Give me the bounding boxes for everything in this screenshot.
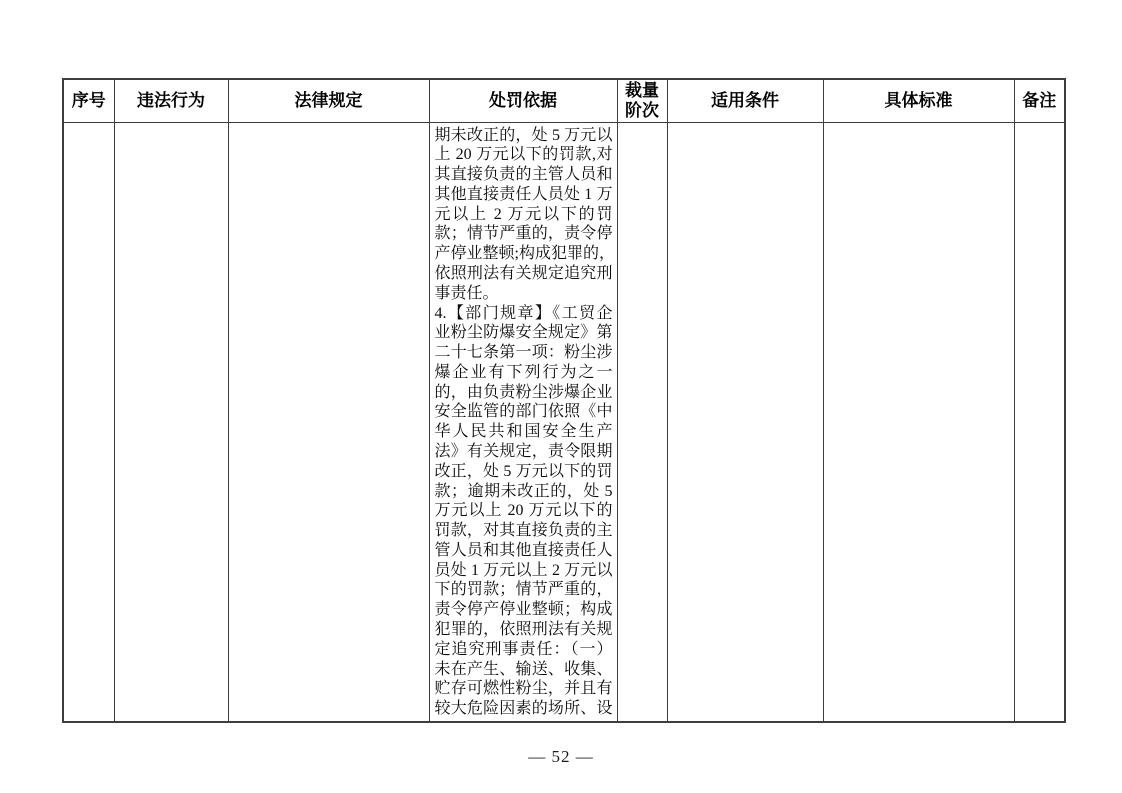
- penalty-basis-line: 安全监管的部门依照《中: [435, 402, 613, 422]
- penalty-basis-line: 其他直接责任人员处 1 万: [435, 185, 613, 205]
- header-penalty-basis: 处罚依据: [429, 79, 617, 122]
- header-remarks: 备注: [1014, 79, 1065, 122]
- penalty-basis-line: 4.【部门规章】《工贸企: [435, 304, 613, 324]
- cell-penalty-basis: 期未改正的，处 5 万元以上 20 万元以下的罚款,对其直接负责的主管人员和其他…: [429, 122, 617, 722]
- penalty-basis-line: 款；情节严重的，责令停: [435, 224, 613, 244]
- document-page: 序号 违法行为 法律规定 处罚依据 裁量阶次 适用条件 具体标准 备注 期未改正…: [0, 0, 1122, 793]
- penalty-basis-line: 万元以上 20 万元以下的: [435, 501, 613, 521]
- penalty-basis-line: 业粉尘防爆安全规定》第: [435, 323, 613, 343]
- penalty-basis-line: 二十七条第一项：粉尘涉: [435, 343, 613, 363]
- penalty-basis-line: 下的罚款；情节严重的，: [435, 580, 613, 600]
- penalty-basis-line: 管人员和其他直接责任人: [435, 541, 613, 561]
- cell-legal-provision: [228, 122, 429, 722]
- page-number: — 52 —: [0, 747, 1122, 767]
- cell-applicable-conditions: [667, 122, 823, 722]
- penalty-basis-line: 贮存可燃性粉尘，并且有: [435, 679, 613, 699]
- cell-serial-number: [63, 122, 114, 722]
- table-row: 期未改正的，处 5 万元以上 20 万元以下的罚款,对其直接负责的主管人员和其他…: [63, 122, 1065, 722]
- cell-remarks: [1014, 122, 1065, 722]
- penalty-basis-line: 爆企业有下列行为之一: [435, 363, 613, 383]
- penalty-basis-line: 未在产生、输送、收集、: [435, 660, 613, 680]
- penalty-basis-line: 事责任。: [435, 284, 613, 304]
- cell-specific-standards: [823, 122, 1014, 722]
- penalty-basis-line: 元以上 2 万元以下的罚: [435, 205, 613, 225]
- penalty-basis-line: 上 20 万元以下的罚款,对: [435, 145, 613, 165]
- penalty-basis-line: 责令停产停业整顿；构成: [435, 600, 613, 620]
- penalty-basis-line: 较大危险因素的场所、设: [435, 699, 613, 719]
- penalty-basis-line: 改正，处 5 万元以下的罚: [435, 462, 613, 482]
- penalty-basis-line: 依照刑法有关规定追究刑: [435, 264, 613, 284]
- penalty-basis-text: 期未改正的，处 5 万元以上 20 万元以下的罚款,对其直接负责的主管人员和其他…: [430, 123, 617, 720]
- penalty-basis-line: 产停业整顿;构成犯罪的，: [435, 244, 613, 264]
- penalty-basis-line: 员处 1 万元以上 2 万元以: [435, 561, 613, 581]
- cell-illegal-behavior: [114, 122, 228, 722]
- table-header-row: 序号 违法行为 法律规定 处罚依据 裁量阶次 适用条件 具体标准 备注: [63, 79, 1065, 122]
- penalty-basis-line: 犯罪的，依照刑法有关规: [435, 620, 613, 640]
- penalty-basis-line: 罚款，对其直接负责的主: [435, 521, 613, 541]
- penalty-basis-line: 其直接负责的主管人员和: [435, 165, 613, 185]
- cell-discretion-level: [617, 122, 667, 722]
- regulation-table: 序号 违法行为 法律规定 处罚依据 裁量阶次 适用条件 具体标准 备注 期未改正…: [62, 78, 1066, 723]
- penalty-basis-line: 款；逾期未改正的，处 5: [435, 482, 613, 502]
- header-serial-number: 序号: [63, 79, 114, 122]
- penalty-basis-line: 的，由负责粉尘涉爆企业: [435, 383, 613, 403]
- penalty-basis-line: 期未改正的，处 5 万元以: [435, 126, 613, 146]
- header-legal-provision: 法律规定: [228, 79, 429, 122]
- header-specific-standards: 具体标准: [823, 79, 1014, 122]
- header-illegal-behavior: 违法行为: [114, 79, 228, 122]
- penalty-basis-line: 定追究刑事责任：（一）: [435, 640, 613, 660]
- header-discretion-level: 裁量阶次: [617, 79, 667, 122]
- penalty-basis-line: 法》有关规定，责令限期: [435, 442, 613, 462]
- header-applicable-conditions: 适用条件: [667, 79, 823, 122]
- penalty-basis-line: 华人民共和国安全生产: [435, 422, 613, 442]
